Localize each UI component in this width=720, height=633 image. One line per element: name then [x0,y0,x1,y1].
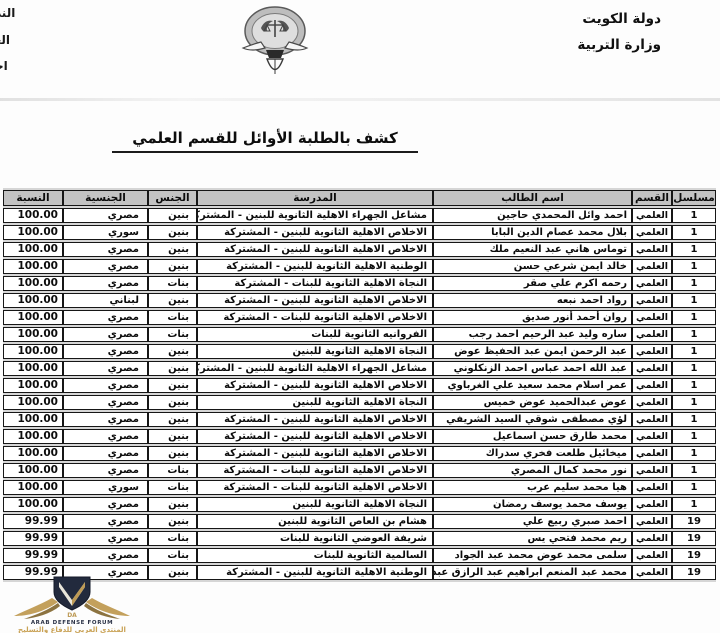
cell-nationality: مصري [63,514,148,529]
cell-percentage: 100.00 [3,361,63,376]
cell-nationality: مصري [63,276,148,291]
table-row: 1 العلمي بلال محمد عصام الدين البابا الا… [3,225,716,240]
cell-serial: 1 [672,463,716,478]
cell-serial: 1 [672,480,716,495]
cell-section: العلمي [632,344,672,359]
cell-section: العلمي [632,565,672,580]
cell-nationality: مصري [63,242,148,257]
table-row: 1 العلمي ميخائيل طلعت فخري سدراك الاخلاص… [3,446,716,461]
cell-school: النجاة الاهلية الثانوية للبنين [197,497,433,512]
table-row: 1 العلمي عمر اسلام محمد سعيد علي الغرباو… [3,378,716,393]
table-row: 1 العلمي ساره وليد عبد الرحيم احمد رجب ا… [3,327,716,342]
cell-student: نور محمد كمال المصري [433,463,632,478]
cell-student: عمر اسلام محمد سعيد علي الغرباوي [433,378,632,393]
cell-school: الفروانيه الثانوية للبنات [197,327,433,342]
page-title: كشف بالطلبة الأوائل للقسم العلمي [112,129,418,153]
cell-student: خالد ايمن شرعي حسن [433,259,632,274]
cell-percentage: 100.00 [3,259,63,274]
cell-nationality: مصري [63,395,148,410]
cell-section: العلمي [632,446,672,461]
cell-student: روان أحمد أنور صديق [433,310,632,325]
results-table-body: 1 العلمي احمد وائل المحمدي حاجين مشاعل ا… [3,208,716,580]
cell-serial: 1 [672,225,716,240]
cell-school: الاخلاص الاهلية الثانوية للبنات - المشتر… [197,463,433,478]
cell-gender: بنات [148,463,197,478]
cell-gender: بنين [148,514,197,529]
cell-school: الاخلاص الاهلية الثانوية للبنات - المشتر… [197,480,433,495]
cell-school: السالمية الثانوية للبنات [197,548,433,563]
cell-student: عبد الرحمن ايمن عبد الحفيظ عوض [433,344,632,359]
cell-school: الاخلاص الاهلية الثانوية للبنين - المشتر… [197,378,433,393]
table-row: 1 العلمي عبد الله احمد عباس احمد الزنكلو… [3,361,716,376]
cell-student: ريم محمد فتحي يس [433,531,632,546]
cell-school: الاخلاص الاهلية الثانوية للبنين - المشتر… [197,225,433,240]
table-row: 1 العلمي رحمه اكرم علي صقر النجاة الاهلي… [3,276,716,291]
cell-section: العلمي [632,276,672,291]
watermark-ar: المنتدى العربي للدفاع والتسليح [18,626,126,633]
cell-school: الوطنية الاهلية الثانوية للبنين - المشتر… [197,565,433,580]
cell-percentage: 100.00 [3,242,63,257]
shield-icon [54,577,90,610]
cell-gender: بنين [148,242,197,257]
cell-gender: بنين [148,378,197,393]
cell-serial: 1 [672,276,716,291]
cell-percentage: 100.00 [3,446,63,461]
cell-gender: بنات [148,548,197,563]
cell-section: العلمي [632,225,672,240]
cell-percentage: 100.00 [3,480,63,495]
cell-school: مشاعل الجهراء الاهلية الثانوية للبنين - … [197,208,433,223]
scanned-document-page: { "page": { "left_fragments": ["النظـ", … [0,0,720,633]
kuwait-moe-emblem-icon [237,4,313,82]
cell-percentage: 100.00 [3,429,63,444]
cell-serial: 19 [672,531,716,546]
cell-percentage: 100.00 [3,327,63,342]
cell-gender: بنات [148,310,197,325]
col-student: اسم الطالب [433,190,632,206]
cell-section: العلمي [632,480,672,495]
cell-nationality: سوري [63,480,148,495]
cell-school: النجاة الاهلية الثانوية للبنين [197,344,433,359]
arab-defense-forum-watermark: DA ARAB DEFENSE FORUM المنتدى العربي للد… [8,576,138,633]
cell-student: هيا محمد سليم عرب [433,480,632,495]
table-row: 1 العلمي رواد احمد نبعه الاخلاص الاهلية … [3,293,716,308]
cell-school: شريفة العوضي الثانوية للبنات [197,531,433,546]
cell-school: الاخلاص الاهلية الثانوية للبنين - المشتر… [197,446,433,461]
cell-serial: 1 [672,446,716,461]
table-row: 1 العلمي عبد الرحمن ايمن عبد الحفيظ عوض … [3,344,716,359]
table-row: 1 العلمي محمد طارق حسن اسماعيل الاخلاص ا… [3,429,716,444]
cell-school: النجاة الاهلية الثانوية للبنين [197,395,433,410]
cell-student: احمد صبري ربيع علي [433,514,632,529]
cell-serial: 1 [672,344,716,359]
cell-nationality: مصري [63,378,148,393]
cell-school: النجاة الاهلية الثانوية للبنات - المشترك… [197,276,433,291]
left-margin-note-2: العاـ [0,33,38,47]
left-margin-note-3: اختـ [0,59,38,73]
cell-gender: بنين [148,412,197,427]
table-row: 1 العلمي هيا محمد سليم عرب الاخلاص الاهل… [3,480,716,495]
cell-serial: 1 [672,378,716,393]
cell-student: بلال محمد عصام الدين البابا [433,225,632,240]
cell-serial: 1 [672,259,716,274]
cell-student: يوسف محمد يوسف رمضان [433,497,632,512]
cell-section: العلمي [632,531,672,546]
cell-serial: 1 [672,395,716,410]
cell-nationality: مصري [63,310,148,325]
cell-percentage: 100.00 [3,378,63,393]
cell-percentage: 100.00 [3,344,63,359]
cell-section: العلمي [632,395,672,410]
cell-percentage: 100.00 [3,395,63,410]
table-row: 1 العلمي نور محمد كمال المصري الاخلاص ال… [3,463,716,478]
cell-section: العلمي [632,310,672,325]
cell-gender: بنين [148,293,197,308]
table-row: 19 العلمي ريم محمد فتحي يس شريفة العوضي … [3,531,716,546]
cell-student: عبد الله احمد عباس احمد الزنكلوني [433,361,632,376]
cell-school: الاخلاص الاهلية الثانوية للبنين - المشتر… [197,242,433,257]
cell-serial: 1 [672,242,716,257]
col-gender: الجنس [148,190,197,206]
cell-gender: بنين [148,361,197,376]
table-row: 1 العلمي خالد ايمن شرعي حسن الوطنية الاه… [3,259,716,274]
cell-student: محمد عبد المنعم ابراهيم عبد الرازق عبد ا… [433,565,632,580]
cell-nationality: مصري [63,548,148,563]
cell-gender: بنين [148,395,197,410]
cell-section: العلمي [632,259,672,274]
cell-section: العلمي [632,242,672,257]
col-percentage: النسبة [3,190,63,206]
cell-nationality: مصري [63,446,148,461]
cell-serial: 1 [672,208,716,223]
cell-section: العلمي [632,412,672,427]
cell-student: رحمه اكرم علي صقر [433,276,632,291]
cell-percentage: 100.00 [3,412,63,427]
table-row: 1 العلمي لؤي مصطفى شوقي السيد الشريفي ال… [3,412,716,427]
table-row: 1 العلمي توماس هاني عبد النعيم ملك الاخل… [3,242,716,257]
cell-percentage: 100.00 [3,208,63,223]
table-row: 1 العلمي عوض عبدالحميد عوض خميس النجاة ا… [3,395,716,410]
table-row: 19 العلمي احمد صبري ربيع علي هشام بن الع… [3,514,716,529]
cell-serial: 19 [672,514,716,529]
cell-nationality: مصري [63,429,148,444]
cell-percentage: 99.99 [3,548,63,563]
cell-student: محمد طارق حسن اسماعيل [433,429,632,444]
cell-serial: 1 [672,310,716,325]
table-row: 19 العلمي سلمى محمد عوض محمد عبد الجواد … [3,548,716,563]
cell-nationality: مصري [63,531,148,546]
government-header: دولة الكويت وزارة التربية [577,6,661,58]
cell-school: الوطنية الاهلية الثانوية للبنين - المشتر… [197,259,433,274]
col-school: المدرسة [197,190,433,206]
cell-student: ميخائيل طلعت فخري سدراك [433,446,632,461]
watermark-da: DA [67,612,77,619]
cell-nationality: لبناني [63,293,148,308]
cell-percentage: 100.00 [3,276,63,291]
cell-nationality: مصري [63,497,148,512]
cell-section: العلمي [632,361,672,376]
header-row: مسلسل القسم اسم الطالب المدرسة الجنس الج… [3,190,716,206]
cell-nationality: مصري [63,327,148,342]
top-students-table: مسلسل القسم اسم الطالب المدرسة الجنس الج… [3,188,716,582]
cell-gender: بنين [148,497,197,512]
cell-section: العلمي [632,429,672,444]
cell-section: العلمي [632,548,672,563]
state-name: دولة الكويت [577,6,661,32]
cell-section: العلمي [632,463,672,478]
cell-gender: بنين [148,565,197,580]
cell-percentage: 100.00 [3,310,63,325]
cell-serial: 1 [672,429,716,444]
cell-section: العلمي [632,293,672,308]
cell-gender: بنات [148,480,197,495]
cell-serial: 1 [672,361,716,376]
cell-nationality: مصري [63,208,148,223]
cell-percentage: 99.99 [3,531,63,546]
col-serial: مسلسل [672,190,716,206]
cell-nationality: مصري [63,361,148,376]
cell-gender: بنين [148,429,197,444]
cell-percentage: 99.99 [3,514,63,529]
cell-nationality: مصري [63,463,148,478]
cell-percentage: 100.00 [3,463,63,478]
cell-student: توماس هاني عبد النعيم ملك [433,242,632,257]
cell-gender: بنين [148,259,197,274]
cell-nationality: مصري [63,412,148,427]
cell-nationality: سوري [63,225,148,240]
cell-gender: بنين [148,225,197,240]
cell-school: هشام بن العاص الثانوية للبنين [197,514,433,529]
cell-serial: 1 [672,327,716,342]
cell-gender: بنات [148,276,197,291]
cell-serial: 19 [672,565,716,580]
cell-school: الاخلاص الاهلية الثانوية للبنين - المشتر… [197,429,433,444]
cell-school: الاخلاص الاهلية الثانوية للبنات - المشتر… [197,310,433,325]
cell-gender: بنات [148,531,197,546]
cell-serial: 1 [672,497,716,512]
ministry-name: وزارة التربية [577,32,661,58]
cell-student: عوض عبدالحميد عوض خميس [433,395,632,410]
table-row: 1 العلمي روان أحمد أنور صديق الاخلاص الا… [3,310,716,325]
cell-student: سلمى محمد عوض محمد عبد الجواد [433,548,632,563]
cell-section: العلمي [632,514,672,529]
cell-section: العلمي [632,327,672,342]
cell-school: مشاعل الجهراء الاهلية الثانوية للبنين - … [197,361,433,376]
cell-school: الاخلاص الاهلية الثانوية للبنين - المشتر… [197,293,433,308]
table-header: مسلسل القسم اسم الطالب المدرسة الجنس الج… [3,190,716,206]
cell-student: لؤي مصطفى شوقي السيد الشريفي [433,412,632,427]
cell-section: العلمي [632,378,672,393]
col-section: القسم [632,190,672,206]
cell-percentage: 100.00 [3,293,63,308]
left-margin-note-1: النظـ [0,6,38,20]
cell-section: العلمي [632,497,672,512]
col-nationality: الجنسية [63,190,148,206]
cell-section: العلمي [632,208,672,223]
cell-serial: 1 [672,412,716,427]
cell-gender: بنين [148,446,197,461]
cell-school: الاخلاص الاهلية الثانوية للبنين - المشتر… [197,412,433,427]
cell-serial: 19 [672,548,716,563]
table-row: 1 العلمي احمد وائل المحمدي حاجين مشاعل ا… [3,208,716,223]
cell-gender: بنين [148,344,197,359]
cell-percentage: 100.00 [3,225,63,240]
cell-serial: 1 [672,293,716,308]
cell-gender: بنين [148,208,197,223]
cell-gender: بنات [148,327,197,342]
cell-student: ساره وليد عبد الرحيم احمد رجب [433,327,632,342]
table-row: 1 العلمي يوسف محمد يوسف رمضان النجاة الا… [3,497,716,512]
cell-percentage: 100.00 [3,497,63,512]
cell-nationality: مصري [63,259,148,274]
cell-nationality: مصري [63,344,148,359]
scan-artifact [0,98,720,101]
cell-student: رواد احمد نبعه [433,293,632,308]
cell-student: احمد وائل المحمدي حاجين [433,208,632,223]
